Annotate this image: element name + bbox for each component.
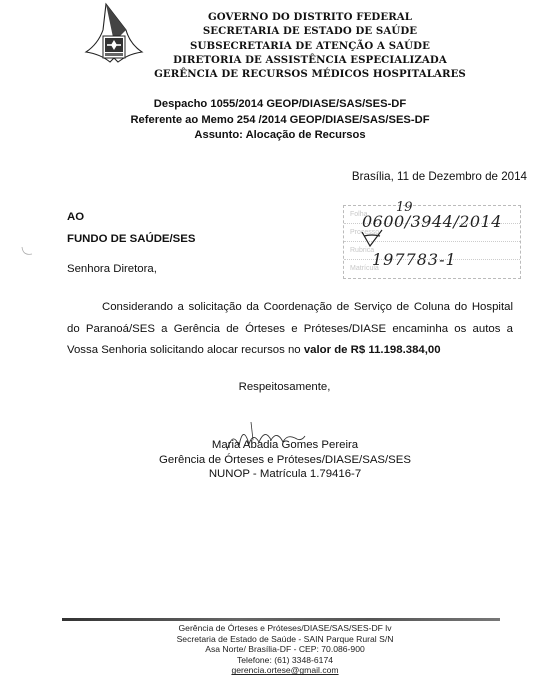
body-text: Considerando a solicitação da Coordenaçã… (67, 301, 513, 356)
footer-divider (62, 618, 500, 621)
addressee-line: AO (67, 206, 195, 228)
closing-text: Respeitosamente, (239, 381, 331, 393)
letterhead-line: GOVERNO DO DISTRITO FEDERAL (130, 10, 490, 24)
salutation: Senhora Diretora, (67, 263, 157, 275)
signer-name: Maria Abadia Gomes Pereira (140, 438, 430, 453)
handwritten-rubrica-icon (360, 228, 384, 248)
letterhead-line: SECRETARIA DE ESTADO DE SAÚDE (130, 24, 490, 38)
date-line: Brasília, 11 de Dezembro de 2014 (352, 170, 527, 183)
footer-line: Gerência de Órteses e Próteses/DIASE/SAS… (100, 623, 470, 634)
signer-registration: NUNOP - Matrícula 1.79416-7 (140, 467, 430, 482)
addressee: AO FUNDO DE SAÚDE/SES (67, 206, 195, 250)
signer-block: Maria Abadia Gomes Pereira Gerência de Ó… (140, 438, 430, 482)
closing: Respeitosamente, (0, 381, 545, 393)
signer-role: Gerência de Órteses e Próteses/DIASE/SAS… (140, 453, 430, 468)
letterhead: GOVERNO DO DISTRITO FEDERAL SECRETARIA D… (130, 10, 490, 81)
punch-hole-mark-icon (20, 244, 34, 258)
addressee-line: FUNDO DE SAÚDE/SES (67, 228, 195, 250)
footer: Gerência de Órteses e Próteses/DIASE/SAS… (100, 623, 470, 676)
letterhead-line: SUBSECRETARIA DE ATENÇÃO A SAÚDE (130, 39, 490, 53)
despacho-number: Despacho 1055/2014 GEOP/DIASE/SAS/SES-DF (100, 97, 460, 113)
requested-amount: valor de R$ 11.198.384,00 (304, 344, 441, 356)
footer-line: Asa Norte/ Brasília-DF - CEP: 70.086-900 (100, 644, 470, 655)
letterhead-line: GERÊNCIA DE RECURSOS MÉDICOS HOSPITALARE… (130, 67, 490, 81)
footer-line: Telefone: (61) 3348-6174 (100, 655, 470, 666)
letterhead-line: DIRETORIA DE ASSISTÊNCIA ESPECIALIZADA (130, 53, 490, 67)
memo-reference: Referente ao Memo 254 /2014 GEOP/DIASE/S… (100, 113, 460, 129)
footer-email-link[interactable]: gerencia.ortese@gmail.com (100, 665, 470, 676)
subject-line: Assunto: Alocação de Recursos (100, 128, 460, 144)
body-paragraph: Considerando a solicitação da Coordenaçã… (67, 297, 513, 362)
handwritten-matricula: 197783-1 (372, 250, 457, 269)
footer-line: Secretaria de Estado de Saúde - SAIN Par… (100, 634, 470, 645)
document-references: Despacho 1055/2014 GEOP/DIASE/SAS/SES-DF… (100, 97, 460, 144)
